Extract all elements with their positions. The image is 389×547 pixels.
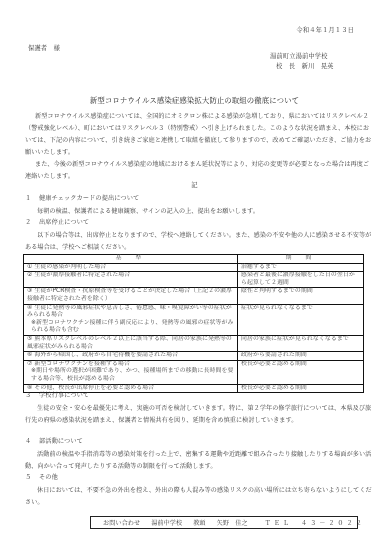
table-row: ④ 生徒に発熱等の風邪症状や息苦しさ、倦怠感、味・嗅覚障がい等の症状がみられる場… [24,304,364,335]
period-cell: 校長が必要と認める期間 [238,384,364,393]
section-2-heading: ２出席停止について [25,219,89,227]
section-number: ４ [25,438,39,446]
period-cell: 症状が見られなくなるまで [238,304,364,335]
criteria-text: ④ 生徒に発熱等の風邪症状や息苦しさ、倦怠感、味・嗅覚障がい等の症状がみられる場… [27,305,232,319]
principal-name: 校 長 新川 晃英 [276,63,334,72]
criteria-cell: ① 生徒の感染が判明した場合 [24,263,238,272]
section-title: 出席停止について [39,219,89,226]
section-3-body: 生徒の安全・安心を最優先に考え、実施の可否を検討していきます。特に、第２学年の修… [25,403,375,427]
section-1-body: 毎朝の検温、保護者による健康観察、サインの記入の上、提出をお願いします。 [25,206,375,218]
section-title: 健康チェックカードの提出について [39,195,139,202]
table-row: ② 生徒が濃厚接触者に特定された場合 感染者と最後に濃厚接触をした日の翌日から起… [24,272,364,288]
table-header-row: 基 準 期 間 [24,255,364,264]
table-row: ① 生徒の感染が判明した場合 治癒するまで [24,263,364,272]
criteria-cell: ④ 生徒に発熱等の風邪症状や息苦しさ、倦怠感、味・嗅覚障がい等の症状がみられる場… [24,304,238,335]
section-4-heading: ４部活動について [25,438,83,446]
criteria-cell: ② 生徒が濃厚接触者に特定された場合 [24,272,238,288]
contact-phone: ＴＥＬ ４３－２０２２ [265,520,365,527]
criteria-text: ② 生徒が濃厚接触者に特定された場合 [27,272,130,278]
section-number: ５ [25,474,39,482]
document-title: 新型コロナウイルス感染症感染拡大防止の取組の徹底について [0,96,389,106]
criteria-text: ③ 生徒がPCR検査・抗原検査等を受けることが決定した場合（上記２の濃厚接触者に… [27,288,232,302]
criteria-cell: ⑥ 海外から帰国し、政府から自宅待機を要請された場合 [24,352,238,361]
school-name: 湯前町立湯前中学校 [270,53,328,62]
criteria-note: ※期日や場所の選択が困難であり、かつ、接種場所までの移動に長時間を要する場合等、… [27,368,234,383]
criteria-text: ⑤ 熊本県リスクレベルのレベル２以上に該当する際、同居の家族に発熱等の風邪症状が… [27,336,232,350]
document-date: 令和４年１月１３日 [296,27,354,36]
section-number: １ [25,195,39,203]
contact-box: お問い合わせ 湯前中学校 教頭 矢野 佳之 ＴＥＬ ４３－２０２２ [90,516,358,529]
period-cell: 同居の家族に症状が見られなくなるまで [238,335,364,351]
section-1-heading: １健康チェックカードの提出について [25,195,139,203]
table-row: ⑥ 海外から帰国し、政府から自宅待機を要請された場合 政府から要請された期間 [24,352,364,361]
section-title: その他 [39,474,58,481]
section-title: 学校行事について [39,392,89,399]
table-row: ⑤ 熊本県リスクレベルのレベル２以上に該当する際、同居の家族に発熱等の風邪症状が… [24,335,364,351]
contact-label: お問い合わせ [103,520,140,527]
section-title: 部活動について [39,438,83,445]
criteria-cell: ③ 生徒がPCR検査・抗原検査等を受けることが決定した場合（上記２の濃厚接触者に… [24,288,238,304]
section-2-body: 以下の場合等は、出席停止となりますので、学校へ連絡してください。また、感染の不安… [25,230,375,254]
contact-role: 教頭 [193,520,205,527]
intro-paragraph-2: また、今後の新型コロナウイルス感染症の地域におけるまん延状況等により、対応の変更… [25,159,375,183]
criteria-cell: ⑦ 新型コロナワクチンを接種する場合※期日や場所の選択が困難であり、かつ、接種場… [24,360,238,384]
criteria-cell: ⑤ 熊本県リスクレベルのレベル２以上に該当する際、同居の家族に発熱等の風邪症状が… [24,335,238,351]
contact-name: 矢野 佳之 [217,520,248,527]
ki-heading: 記 [0,182,389,191]
period-cell: 治癒するまで [238,263,364,272]
period-cell: 陰性と判明するまでの期間 [238,288,364,304]
column-header-period: 期 間 [238,255,364,264]
criteria-text: ⑦ 新型コロナワクチンを接種する場合 [27,361,130,367]
section-4-body: 活動前の検温や手指消毒等の感染対策を行った上で、密集する運動や近距離で組み合った… [25,449,375,473]
contact-school: 湯前中学校 [151,520,182,527]
section-5-body: 休日においては、不要不急の外出を控え、外出の際も人混み等の感染リスクの高い場所に… [25,485,375,509]
section-5-heading: ５その他 [25,474,58,482]
criteria-note: ※新型コロナワクチン接種に伴う副反応により、発熱等の風邪の症状等がみられる場合も… [27,320,234,335]
section-number: ２ [25,219,39,227]
section-number: ３ [25,392,39,400]
addressee: 保護者 様 [28,45,60,54]
criteria-text: ① 生徒の感染が判明した場合 [27,264,106,270]
section-3-heading: ３学校行事について [25,392,89,400]
period-cell: 政府から要請された期間 [238,352,364,361]
attendance-suspension-table: 基 準 期 間 ① 生徒の感染が判明した場合 治癒するまで ② 生徒が濃厚接触者… [23,254,364,393]
intro-paragraph-1: 新型コロナウイルス感染症については、全国的にオミクロン株による感染が急増しており… [25,111,375,159]
criteria-text: ⑥ 海外から帰国し、政府から自宅待機を要請された場合 [27,352,178,358]
column-header-criteria: 基 準 [24,255,238,264]
table-row: ⑦ 新型コロナワクチンを接種する場合※期日や場所の選択が困難であり、かつ、接種場… [24,360,364,384]
period-cell: 校長が必要と認める期間 [238,360,364,384]
period-cell: 感染者と最後に濃厚接触をした日の翌日から起算して２週間 [238,272,364,288]
criteria-text: ⑧ その他、校長が出席停止を必要と認める場合 [27,385,154,391]
table-row: ③ 生徒がPCR検査・抗原検査等を受けることが決定した場合（上記２の濃厚接触者に… [24,288,364,304]
